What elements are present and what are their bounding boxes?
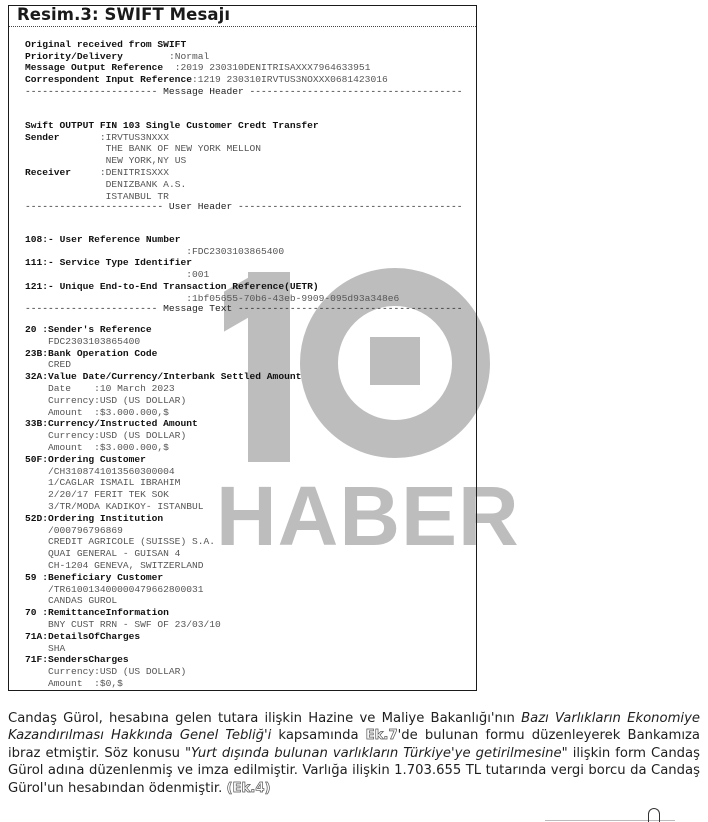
- sender-city: NEW YORK,NY US: [106, 155, 187, 166]
- annex-reference-ek4: (Ek.4): [227, 781, 271, 796]
- intro-line: Original received from SWIFT: [25, 39, 186, 50]
- swift-field-header: 70 :RemittanceInformation: [25, 607, 301, 619]
- swift-field-header: 33B:Currency/Instructed Amount: [25, 418, 301, 430]
- priority-value: :Normal: [169, 51, 209, 62]
- annex-reference-ek7: Ek.7: [366, 728, 398, 743]
- field-value: Currency:USD (US DOLLAR): [25, 430, 301, 442]
- figure-title: Resim.3: SWIFT Mesajı: [17, 5, 230, 24]
- field-value: 1/CAGLAR ISMAIL IBRAHIM: [25, 477, 301, 489]
- message-text-fields: 20 :Sender's Reference FDC23031038654002…: [25, 324, 301, 690]
- field-value: Date :10 March 2023: [25, 383, 301, 395]
- field-tag: 52D:: [25, 513, 48, 524]
- paragraph-text: kapsamında: [271, 728, 365, 743]
- cir-value: :1219 230310IRVTUS3NOXXX0681423016: [192, 74, 388, 85]
- swift-field-header: 50F:Ordering Customer: [25, 454, 301, 466]
- field-value: CANDAS GUROL: [25, 595, 301, 607]
- field-value: Amount :$0,$: [25, 678, 301, 690]
- signature-mark: [648, 808, 660, 822]
- swift-field-header: 20 :Sender's Reference: [25, 324, 301, 336]
- field-value: Currency:USD (US DOLLAR): [25, 395, 301, 407]
- priority-label: Priority/Delivery: [25, 51, 123, 62]
- field-label: Ordering Institution: [48, 513, 163, 524]
- field-value: :001: [186, 269, 209, 280]
- receiver-city: ISTANBUL TR: [106, 191, 169, 202]
- field-label: Unique End-to-End Transaction Reference(…: [60, 281, 319, 292]
- field-value: /000796796869: [25, 525, 301, 537]
- sender-bic: :IRVTUS3NXXX: [100, 132, 169, 143]
- message-text-divider: ----------------------- Message Text ---…: [25, 303, 463, 315]
- receiver-name: DENIZBANK A.S.: [106, 179, 187, 190]
- field-tag: 59 :: [25, 572, 48, 583]
- swift-field-header: 59 :Beneficiary Customer: [25, 572, 301, 584]
- mor-label: Message Output Reference: [25, 62, 163, 73]
- message-header-divider: ----------------------- Message Header -…: [25, 86, 463, 98]
- field-value: CH-1204 GENEVA, SWITZERLAND: [25, 560, 301, 572]
- field-value: /CH3108741013560300004: [25, 466, 301, 478]
- field-tag: 70 :: [25, 607, 48, 618]
- field-tag: 108:-: [25, 234, 54, 245]
- mor-value: :2019 230310DENITRISAXXX7964633951: [175, 62, 371, 73]
- field-label: Value Date/Currency/Interbank Settled Am…: [48, 371, 301, 382]
- field-label: RemittanceInformation: [48, 607, 169, 618]
- field-label: Sender's Reference: [48, 324, 152, 335]
- field-value: 2/20/17 FERIT TEK SOK: [25, 489, 301, 501]
- field-tag: 121:-: [25, 281, 54, 292]
- user-header-divider: ------------------------ User Header ---…: [25, 201, 463, 213]
- field-label: Ordering Customer: [48, 454, 146, 465]
- paragraph-text: Candaş Gürol, hesabına gelen tutara iliş…: [8, 711, 521, 726]
- field-label: Bank Operation Code: [48, 348, 157, 359]
- field-label: User Reference Number: [60, 234, 181, 245]
- field-label: Service Type Identifier: [60, 257, 192, 268]
- field-tag: 23B:: [25, 348, 48, 359]
- swift-field-header: 71A:DetailsOfCharges: [25, 631, 301, 643]
- swift-field-header: 32A:Value Date/Currency/Interbank Settle…: [25, 371, 301, 383]
- field-tag: 50F:: [25, 454, 48, 465]
- field-value: CREDIT AGRICOLE (SUISSE) S.A.: [25, 536, 301, 548]
- field-label: DetailsOfCharges: [48, 631, 140, 642]
- field-tag: 20 :: [25, 324, 48, 335]
- swift-field-header: 71F:SendersCharges: [25, 654, 301, 666]
- field-tag: 71F:: [25, 654, 48, 665]
- message-type: Swift OUTPUT FIN 103 Single Customer Cre…: [25, 120, 319, 131]
- field-value: /TR610013400000479662800031: [25, 584, 301, 596]
- field-value: SHA: [25, 643, 301, 655]
- field-value: Currency:USD (US DOLLAR): [25, 666, 301, 678]
- field-tag: 33B:: [25, 418, 48, 429]
- body-paragraph: Candaş Gürol, hesabına gelen tutara iliş…: [8, 710, 700, 797]
- field-tag: 32A:: [25, 371, 48, 382]
- field-label: Currency/Instructed Amount: [48, 418, 198, 429]
- swift-intro: Original received from SWIFT Priority/De…: [25, 27, 388, 86]
- sender-name: THE BANK OF NEW YORK MELLON: [106, 143, 261, 154]
- user-header-block: 108:- User Reference Number :FDC23031038…: [25, 222, 399, 305]
- field-value: Amount :$3.000.000,$: [25, 442, 301, 454]
- swift-field-header: 23B:Bank Operation Code: [25, 348, 301, 360]
- field-value: CRED: [25, 359, 301, 371]
- field-value: 3/TR/MODA KADIKOY- ISTANBUL: [25, 501, 301, 513]
- paragraph-italic-form-title: "Yurt dışında bulunan varlıkların Türkiy…: [185, 746, 568, 761]
- field-value: Amount :$3.000.000,$: [25, 407, 301, 419]
- cir-label: Correspondent Input Reference: [25, 74, 192, 85]
- message-header-block: Swift OUTPUT FIN 103 Single Customer Cre…: [25, 108, 319, 202]
- sender-label: Sender: [25, 132, 60, 143]
- field-value: :FDC2303103865400: [186, 246, 284, 257]
- receiver-label: Receiver: [25, 167, 71, 178]
- field-label: SendersCharges: [48, 654, 129, 665]
- field-value: FDC2303103865400: [25, 336, 301, 348]
- receiver-bic: :DENITRISXXX: [100, 167, 169, 178]
- field-value: QUAI GENERAL - GUISAN 4: [25, 548, 301, 560]
- figure-title-bar: Resim.3: SWIFT Mesajı: [9, 6, 476, 27]
- field-label: Beneficiary Customer: [48, 572, 163, 583]
- field-value: BNY CUST RRN - SWF OF 23/03/10: [25, 619, 301, 631]
- field-tag: 71A:: [25, 631, 48, 642]
- field-tag: 111:-: [25, 257, 54, 268]
- swift-field-header: 52D:Ordering Institution: [25, 513, 301, 525]
